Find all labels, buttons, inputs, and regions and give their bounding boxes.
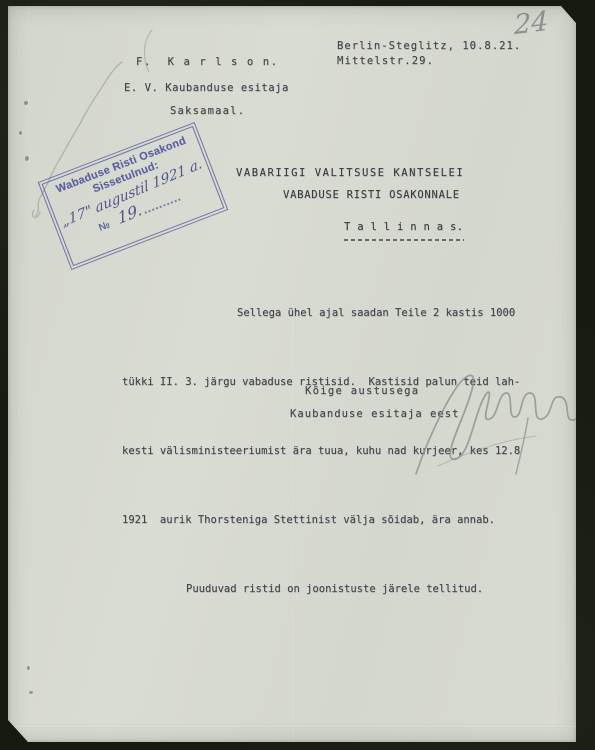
closing-salutation: Kõige austusega bbox=[305, 385, 419, 398]
pencil-signature bbox=[408, 366, 588, 478]
recipient-city: T a l l i n n a s. bbox=[344, 221, 463, 234]
stamp-number-symbol: № bbox=[97, 220, 111, 234]
recipient-line-2: VABADUSE RISTI OSAKONNALE bbox=[283, 189, 460, 202]
sender-title: E. V. Kaubanduse esitaja bbox=[124, 82, 289, 95]
dateline-street: Mittelstr.29. bbox=[337, 55, 434, 68]
pin-hole bbox=[19, 131, 22, 135]
fold-crease-bottom bbox=[8, 726, 576, 728]
letter-paper: 24 F. K a r l s o n. E. V. Kaubanduse es… bbox=[8, 6, 576, 742]
pin-hole bbox=[27, 666, 30, 670]
sender-country: Saksamaal. bbox=[170, 105, 245, 118]
pencil-page-number: 24 bbox=[514, 6, 549, 41]
pin-hole bbox=[29, 691, 33, 694]
body-line: Sellega ühel ajal saadan Teile 2 kastis … bbox=[122, 302, 520, 325]
scanned-letter: 24 F. K a r l s o n. E. V. Kaubanduse es… bbox=[0, 0, 595, 750]
dateline-place-date: Berlin-Steglitz, 10.8.21. bbox=[337, 40, 521, 53]
body-line: Puuduvad ristid on joonistuste järele te… bbox=[122, 578, 520, 601]
city-dashed-underline bbox=[344, 239, 464, 241]
recipient-line-1: VABARIIGI VALITSUSE KANTSELEI bbox=[236, 167, 464, 180]
body-line: 1921 aurik Thorsteniga Stettinist välja … bbox=[122, 509, 520, 532]
pencil-mark bbox=[138, 28, 160, 76]
